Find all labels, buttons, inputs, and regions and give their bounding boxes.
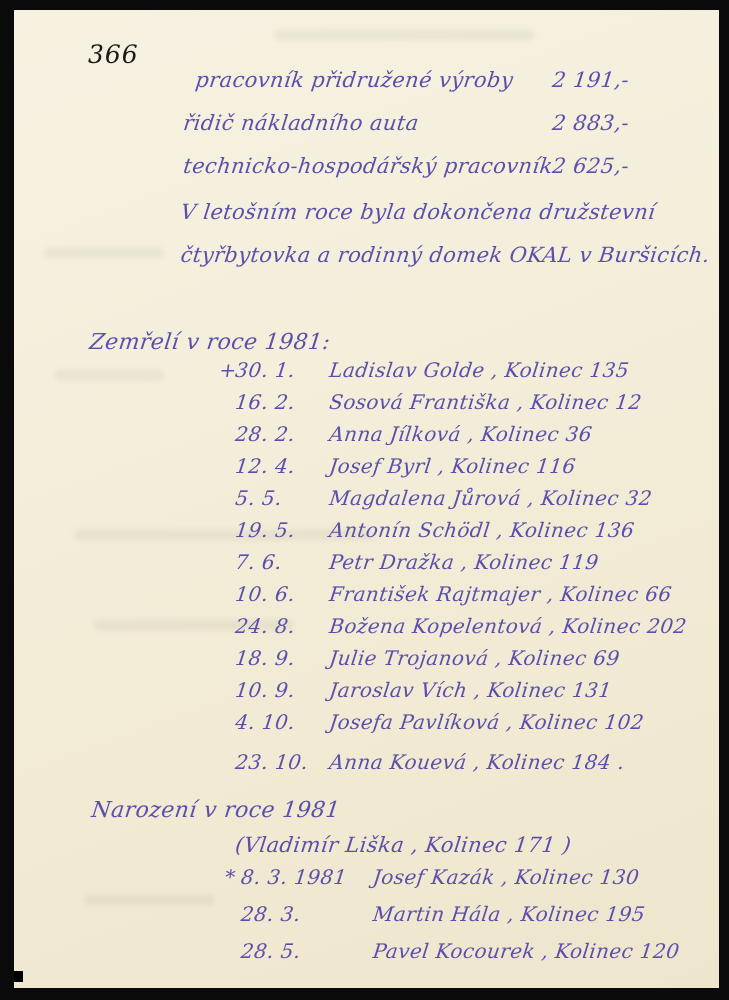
birth-entry: 28. 5. Pavel Kocourek , Kolinec 120 bbox=[200, 939, 676, 976]
death-entry: 16. 2. Sosová Františka , Kolinec 12 bbox=[217, 390, 684, 422]
births-list: * 8. 3. 1981 Josef Kazák , Kolinec 130 2… bbox=[200, 865, 676, 976]
birth-name-address: Martin Hála , Kolinec 195 bbox=[370, 902, 647, 939]
scan-artifact bbox=[14, 971, 23, 982]
death-name-address: Anna Jílková , Kolinec 36 bbox=[327, 422, 594, 454]
death-date: 12. 4. bbox=[233, 454, 305, 486]
death-date: 10. 6. bbox=[233, 582, 305, 614]
births-parenthetical-entry: (Vladimír Liška , Kolinec 171 ) bbox=[234, 833, 573, 857]
births-section-header: Narození v roce 1981 bbox=[90, 798, 342, 823]
death-entry: 5. 5. Magdalena Jůrová , Kolinec 32 bbox=[217, 486, 684, 518]
birth-date: 28. 5. bbox=[238, 939, 361, 976]
note-line: čtyřbytovka a rodinný domek OKAL v Burši… bbox=[177, 243, 711, 286]
deaths-section-header: Zemřelí v roce 1981: bbox=[88, 330, 332, 355]
salary-row: řidič nákladního auta 2 883,- bbox=[182, 111, 628, 154]
salary-row: pracovník přidružené výroby 2 191,- bbox=[182, 68, 628, 111]
death-date: 7. 6. bbox=[233, 550, 305, 582]
bleedthrough-artifact bbox=[44, 248, 164, 258]
death-entry: 4. 10. Josefa Pavlíková , Kolinec 102 bbox=[217, 710, 684, 742]
death-entry: 10. 6. František Rajtmajer , Kolinec 66 bbox=[217, 582, 684, 614]
death-date: 5. 5. bbox=[233, 486, 305, 518]
death-date: 10. 9. bbox=[233, 678, 305, 710]
completion-note: V letošním roce byla dokončena družstevn… bbox=[177, 200, 706, 286]
birth-entry: 28. 3. Martin Hála , Kolinec 195 bbox=[200, 902, 676, 939]
death-date: 18. 9. bbox=[233, 646, 305, 678]
death-name-address: Jaroslav Vích , Kolinec 131 bbox=[327, 678, 613, 710]
salary-label: pracovník přidružené výroby bbox=[194, 68, 515, 92]
death-name-address: Josefa Pavlíková , Kolinec 102 bbox=[327, 710, 645, 742]
deaths-list: + 30. 1. Ladislav Golde , Kolinec 135 16… bbox=[217, 358, 684, 782]
death-entry: 28. 2. Anna Jílková , Kolinec 36 bbox=[217, 422, 684, 454]
salary-amount: 2 883,- bbox=[551, 111, 631, 135]
death-entry: 24. 8. Božena Kopelentová , Kolinec 202 bbox=[217, 614, 684, 646]
death-date: 16. 2. bbox=[233, 390, 305, 422]
death-date: 30. 1. bbox=[233, 358, 305, 390]
birth-date: 28. 3. bbox=[238, 902, 361, 939]
salary-amount: 2 191,- bbox=[551, 68, 631, 92]
salary-list: pracovník přidružené výroby 2 191,- řidi… bbox=[182, 68, 628, 197]
birth-name-address: Pavel Kocourek , Kolinec 120 bbox=[370, 939, 681, 976]
salary-label: technicko-hospodářský pracovník bbox=[182, 154, 554, 178]
death-name-address: Sosová Františka , Kolinec 12 bbox=[327, 390, 643, 422]
birth-date: 8. 3. 1981 bbox=[238, 865, 361, 902]
birth-entry: * 8. 3. 1981 Josef Kazák , Kolinec 130 bbox=[200, 865, 676, 902]
salary-label: řidič nákladního auta bbox=[182, 111, 420, 135]
bleedthrough-artifact bbox=[274, 30, 534, 40]
death-date: 23. 10. bbox=[233, 750, 305, 782]
death-entry: 19. 5. Antonín Schödl , Kolinec 136 bbox=[217, 518, 684, 550]
note-line: V letošním roce byla dokončena družstevn… bbox=[177, 200, 711, 243]
bleedthrough-artifact bbox=[54, 370, 164, 380]
death-date: 4. 10. bbox=[233, 710, 305, 742]
death-name-address: František Rajtmajer , Kolinec 66 bbox=[327, 582, 673, 614]
birth-name-address: Josef Kazák , Kolinec 130 bbox=[370, 865, 641, 902]
death-entry: 7. 6. Petr Dražka , Kolinec 119 bbox=[217, 550, 684, 582]
salary-amount: 2 625,- bbox=[551, 154, 631, 178]
page-number: 366 bbox=[88, 40, 139, 69]
death-entry: 23. 10. Anna Kouevá , Kolinec 184 . bbox=[217, 750, 684, 782]
death-entry: + 30. 1. Ladislav Golde , Kolinec 135 bbox=[217, 358, 684, 390]
scan-frame: 366 pracovník přidružené výroby 2 191,- … bbox=[0, 0, 729, 1000]
death-name-address: Petr Dražka , Kolinec 119 bbox=[327, 550, 600, 582]
death-name-address: Ladislav Golde , Kolinec 135 bbox=[327, 358, 631, 390]
death-name-address: Josef Byrl , Kolinec 116 bbox=[327, 454, 577, 486]
chronicle-page: 366 pracovník přidružené výroby 2 191,- … bbox=[14, 10, 719, 988]
bleedthrough-artifact bbox=[84, 895, 214, 905]
death-name-address: Julie Trojanová , Kolinec 69 bbox=[327, 646, 621, 678]
death-date: 24. 8. bbox=[233, 614, 305, 646]
death-date: 19. 5. bbox=[233, 518, 305, 550]
salary-row: technicko-hospodářský pracovník 2 625,- bbox=[182, 154, 628, 197]
death-entry: 10. 9. Jaroslav Vích , Kolinec 131 bbox=[217, 678, 684, 710]
death-name-address: Božena Kopelentová , Kolinec 202 bbox=[327, 614, 688, 646]
death-name-address: Magdalena Jůrová , Kolinec 32 bbox=[327, 486, 654, 518]
death-date: 28. 2. bbox=[233, 422, 305, 454]
death-name-address: Antonín Schödl , Kolinec 136 bbox=[327, 518, 636, 550]
death-entry: 18. 9. Julie Trojanová , Kolinec 69 bbox=[217, 646, 684, 678]
death-entry: 12. 4. Josef Byrl , Kolinec 116 bbox=[217, 454, 684, 486]
death-name-address: Anna Kouevá , Kolinec 184 . bbox=[327, 750, 626, 782]
